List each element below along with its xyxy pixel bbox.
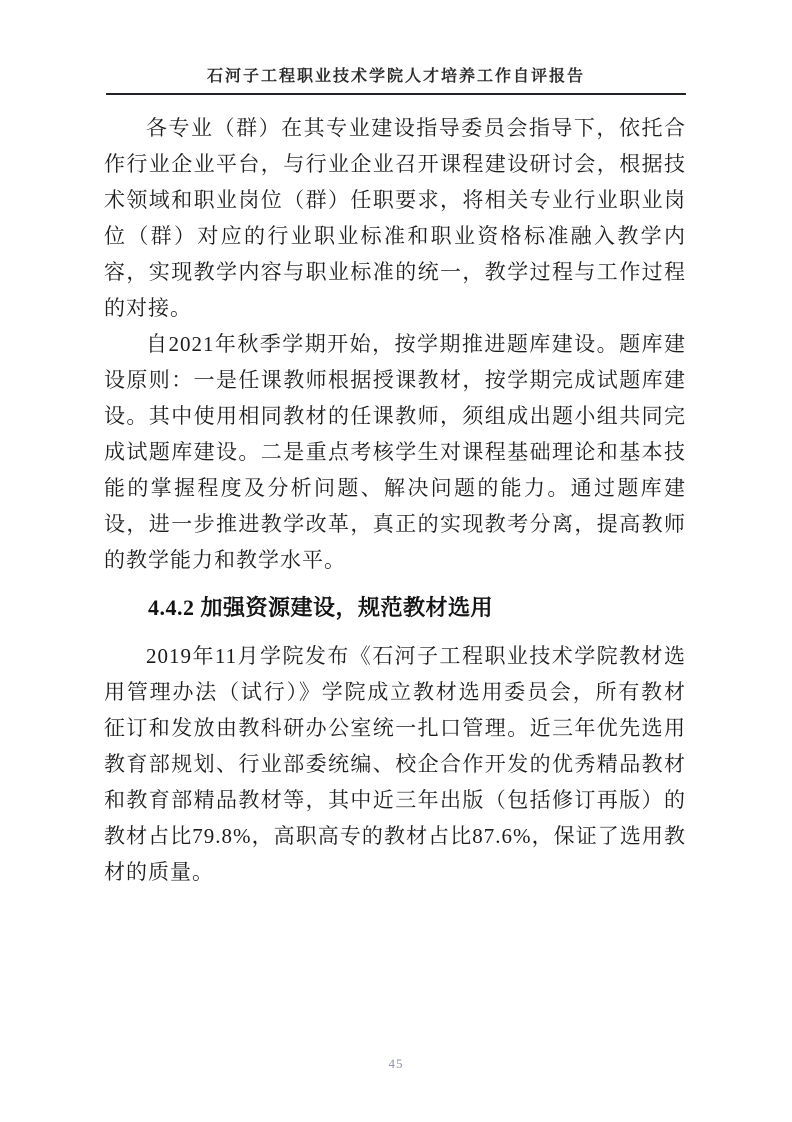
page-number: 45: [0, 1056, 792, 1072]
running-header-title: 石河子工程职业技术学院人才培养工作自评报告: [0, 63, 792, 86]
document-page: 石河子工程职业技术学院人才培养工作自评报告 各专业（群）在其专业建设指导委员会指…: [0, 0, 792, 1122]
section-heading-4-4-2: 4.4.2 加强资源建设，规范教材选用: [104, 590, 686, 626]
document-body: 各专业（群）在其专业建设指导委员会指导下，依托合作行业企业平台，与行业企业召开课…: [104, 110, 686, 890]
header-rule: [106, 93, 686, 95]
paragraph-course-committee: 各专业（群）在其专业建设指导委员会指导下，依托合作行业企业平台，与行业企业召开课…: [104, 110, 686, 326]
paragraph-question-bank: 自2021年秋季学期开始，按学期推进题库建设。题库建设原则：一是任课教师根据授课…: [104, 326, 686, 578]
paragraph-textbook-selection: 2019年11月学院发布《石河子工程职业技术学院教材选用管理办法（试行）》学院成…: [104, 638, 686, 890]
